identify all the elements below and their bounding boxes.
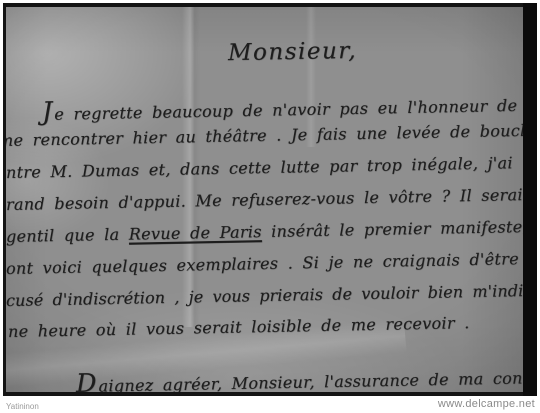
- letter-photo-page: Monsieur, Je regrette beaucoup de n'avoi…: [0, 0, 540, 413]
- watermark-site: www.delcampe.net: [438, 398, 535, 410]
- letter-photograph: Monsieur, Je regrette beaucoup de n'avoi…: [3, 3, 537, 396]
- manuscript-paper: Monsieur, Je regrette beaucoup de n'avoi…: [6, 7, 523, 392]
- line-fragment: gentil que la: [6, 225, 129, 246]
- watermark-strip: Yatininon www.delcampe.net: [0, 396, 540, 413]
- photo-dark-background-band: [523, 3, 537, 396]
- watermark-seller: Yatininon: [6, 402, 39, 411]
- underlined-journal-name: Revue de Paris: [129, 222, 262, 244]
- letter-salutation: Monsieur,: [228, 38, 358, 66]
